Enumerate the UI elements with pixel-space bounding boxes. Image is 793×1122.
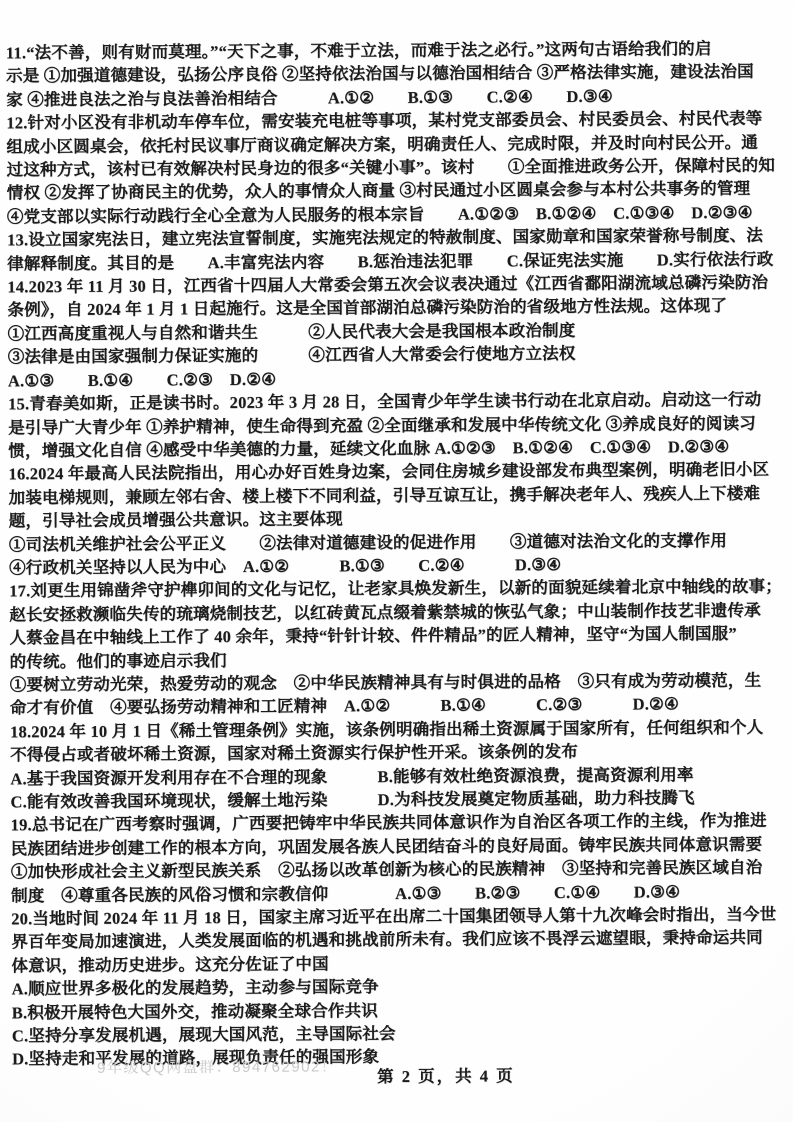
qq-group-watermark: 9年级QQ网盘群：894762902！	[97, 1055, 337, 1077]
scan-tilt-layer: 11.“法不善，则有财而莫理。”“天下之事，不难于立法，而难于法之必行。”这两句…	[0, 0, 793, 1122]
page-number: 第 2 页，共 4 页	[377, 1062, 515, 1087]
question-17: 17.刘更生用锦凿斧守护榫卯间的文化与记忆，让老家具焕发新生，以新的面貌延续着北…	[9, 575, 789, 720]
question-20: 20.当地时间 2024 年 11 月 18 日，国家主席习近平在出席二十国集团…	[11, 903, 791, 1072]
question-13: 13.设立国家宪法日，建立宪法宣誓制度，实施宪法规定的特赦制度、国家勋章和国家荣…	[7, 224, 786, 276]
question-12: 12.针对小区没有非机动车停车位，需安装充电桩等事项，某村党支部委员会、村民委员…	[6, 107, 786, 229]
question-19: 19.总书记在广西考察时强调，广西要把铸牢中华民族共同体意识作为自治区各项工作的…	[11, 809, 791, 907]
question-16: 16.2024 年最高人民法院指出，用心办好百姓身边案，会同住房城乡建设部发布典…	[8, 458, 788, 580]
question-14: 14.2023 年 11 月 30 日，江西省十四届人大常委会第五次会议表决通过…	[7, 271, 787, 393]
questions-block: 11.“法不善，则有财而莫理。”“天下之事，不难于立法，而难于法之必行。”这两句…	[6, 37, 791, 1072]
question-15: 15.青春美如斯，正是读书时。2023 年 3 月 28 日，全国青少年学生读书…	[8, 388, 787, 463]
scanned-exam-page: 11.“法不善，则有财而莫理。”“天下之事，不难于立法，而难于法之必行。”这两句…	[0, 0, 793, 1122]
question-11: 11.“法不善，则有财而莫理。”“天下之事，不难于立法，而难于法之必行。”这两句…	[6, 37, 785, 112]
question-18: 18.2024 年 10 月 1 日《稀土管理条例》实施，该条例明确指出稀土资源…	[10, 715, 790, 813]
